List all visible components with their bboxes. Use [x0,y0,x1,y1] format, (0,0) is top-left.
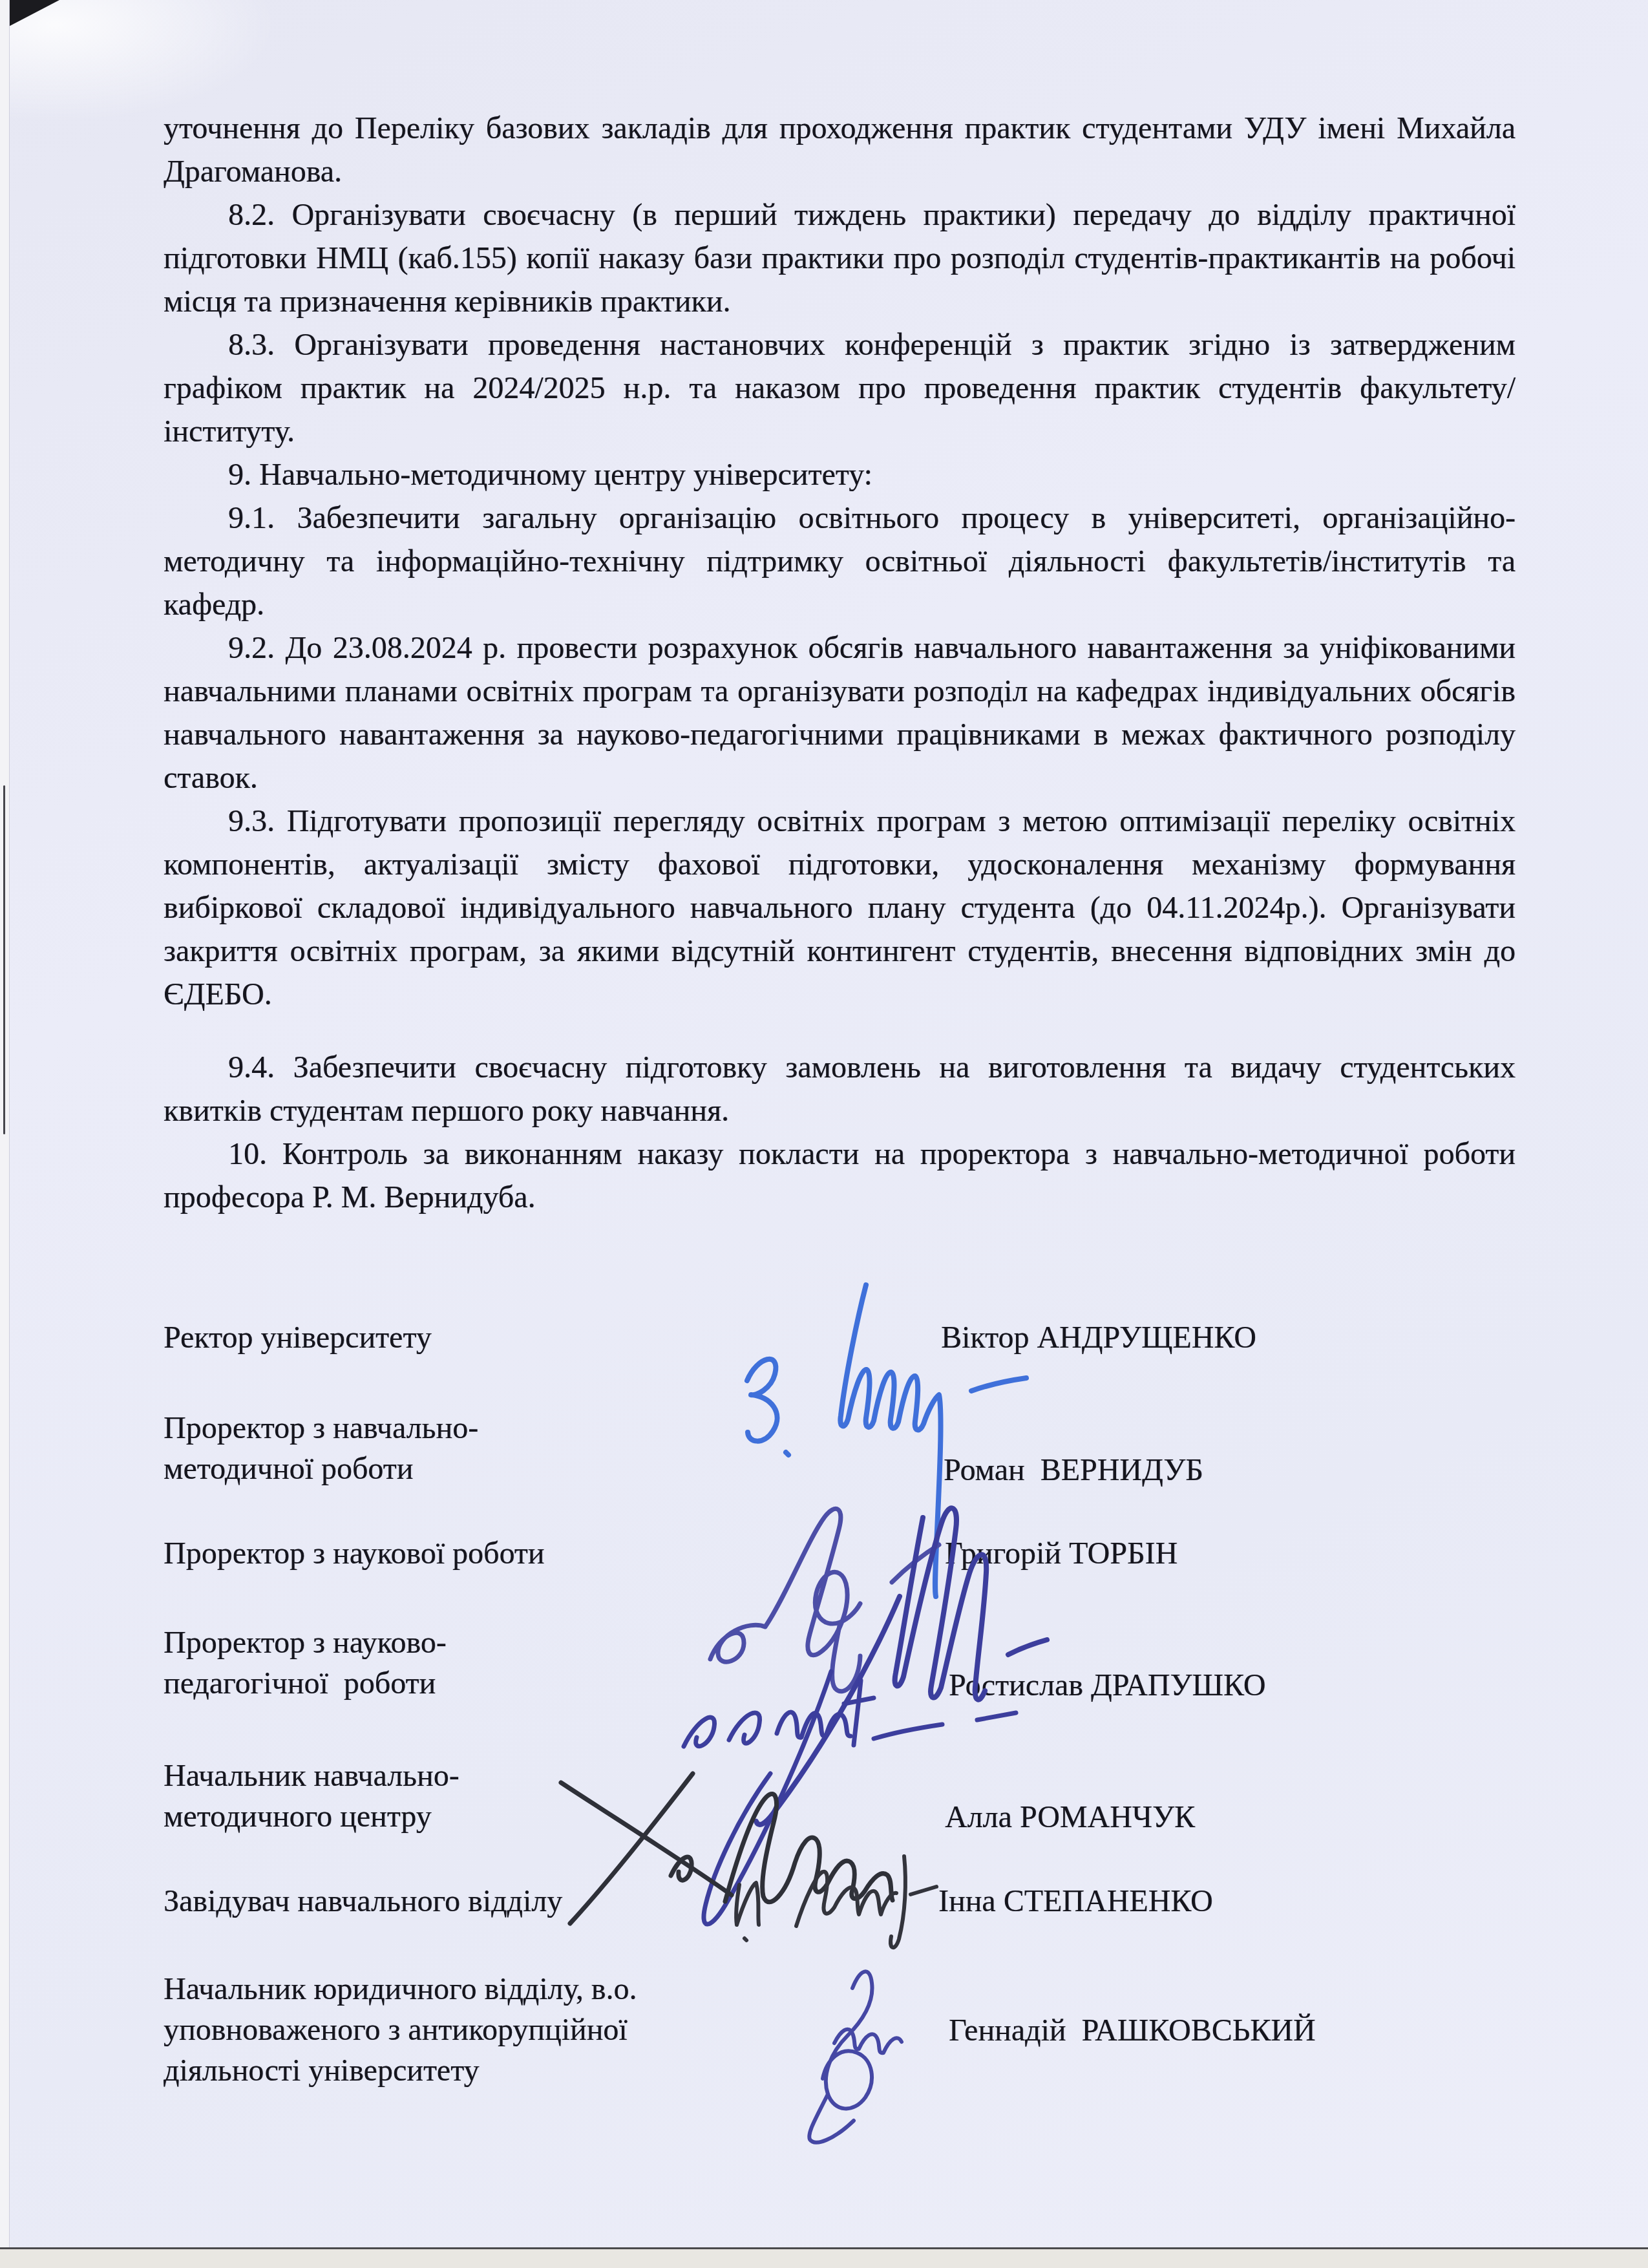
body-paragraph: 9.1. Забезпечити загальну організацію ос… [164,496,1516,626]
signatory-title: Проректор з навчально- методичної роботи [164,1408,478,1489]
signatory-title: Проректор з наукової роботи [164,1533,545,1574]
signatory-title: Проректор з науково- педагогічної роботи [164,1622,447,1704]
body-paragraph: 8.2. Організувати своєчасну (в перший ти… [164,193,1516,323]
signatory-name: Геннадій РАШКОВСЬКИЙ [949,2010,1316,2051]
body-paragraph: 9.2. До 23.08.2024 р. провести розрахуно… [164,626,1516,800]
scanned-order-page: { "page": { "paper_color": "#eaebf7", "s… [0,0,1648,2268]
body-paragraph: 9. Навчально-методичному центру універси… [164,453,1516,496]
signatory-name: Інна СТЕПАНЕНКО [938,1881,1213,1922]
signatory-title: Ректор університету [164,1317,432,1358]
signatory-name: Григорій ТОРБІН [945,1533,1178,1574]
body-paragraph: уточнення до Переліку базових закладів д… [164,107,1516,193]
scan-edge-artifact [3,785,5,1134]
scanner-background-strip [0,2249,1648,2268]
body-paragraph: 8.3. Організувати проведення настановчих… [164,323,1516,453]
signatory-name: Роман ВЕРНИДУБ [944,1450,1203,1490]
signatory-name: Ростислав ДРАПУШКО [949,1665,1265,1706]
signatory-title: Начальник навчально- методичного центру [164,1755,460,1837]
signatory-title: Завідувач навчального відділу [164,1881,562,1922]
body-paragraph: 10. Контроль за виконанням наказу поклас… [164,1132,1516,1219]
document-body: уточнення до Переліку базових закладів д… [164,107,1516,1219]
signatory-name: Віктор АНДРУЩЕНКО [941,1317,1256,1358]
page-corner-highlight [0,0,278,123]
body-paragraph: 9.4. Забезпечити своєчасну підготовку за… [164,1046,1516,1132]
signatory-title: Начальник юридичного відділу, в.о. уповн… [164,1969,637,2091]
body-paragraph: 9.3. Підготувати пропозиції перегляду ос… [164,800,1516,1016]
signatory-name: Алла РОМАНЧУК [945,1797,1195,1838]
